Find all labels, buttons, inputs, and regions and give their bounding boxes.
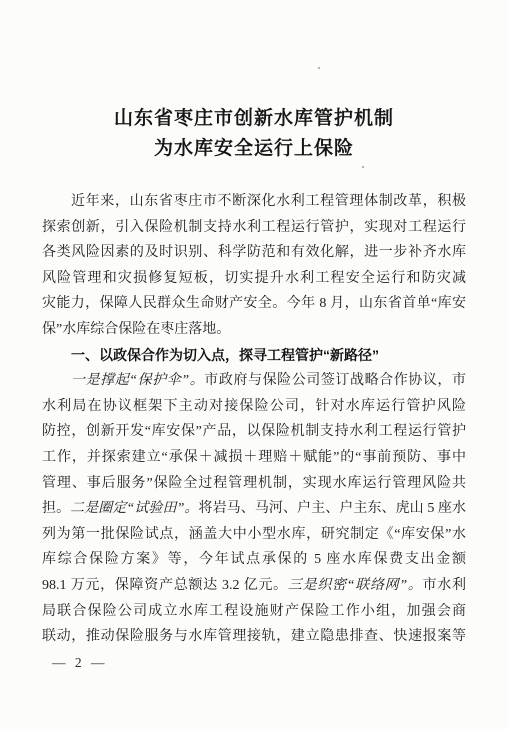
text-line: 库综合保险方案》等，今年试点承保的 5 座水库保费支出金额	[42, 547, 466, 573]
text-line: 各类风险因素的及时识别、科学防范和有效化解，进一步补齐水库	[42, 240, 466, 266]
text-line: 联动，推动保险服务与水库管理接轨，建立隐患排查、快速报案等	[42, 624, 466, 650]
text-line: 灾能力，保障人民群众生命财产安全。今年 8 月，山东省首单“库安	[42, 291, 466, 317]
title-line-1: 山东省枣庄市创新水库管护机制	[0, 104, 508, 134]
text-line: 保”水库综合保险在枣庄落地。	[42, 317, 466, 343]
scan-speck	[318, 67, 320, 69]
section-heading: 一、以政保合作为切入点，探寻工程管护“新路径”	[42, 343, 466, 369]
text-line: 探索创新，引入保险机制支持水利工程运行管护，实现对工程运行	[42, 215, 466, 241]
text-line: 98.1 万元，保障资产总额达 3.2 亿元。三是织密“联络网”。市水利	[42, 573, 466, 599]
emphasis-phrase: 二是圈定“试验田”。	[70, 501, 198, 516]
body-text: 近年来，山东省枣庄市不断深化水利工程管理体制改革，积极探索创新，引入保险机制支持…	[42, 189, 466, 650]
text-line: 防控，创新开发“库安保”产品，以保险机制支持水利工程运行管护	[42, 419, 466, 445]
emphasis-phrase: 三是织密“联络网”。	[288, 578, 423, 593]
emphasis-phrase: 一是撑起“保护伞”。	[71, 373, 204, 388]
text-line: 一是撑起“保护伞”。市政府与保险公司签订战略合作协议，市	[42, 368, 466, 394]
text-line: 水利局在协议框架下主动对接保险公司，针对水库运行管护风险	[42, 394, 466, 420]
text-line: 局联合保险公司成立水库工程设施财产保险工作小组，加强会商	[42, 599, 466, 625]
text-line: 列为第一批保险试点，涵盖大中小型水库，研究制定《“库安保”水	[42, 522, 466, 548]
title-line-2: 为水库安全运行上保险	[0, 134, 508, 164]
scan-speck	[362, 166, 364, 168]
text-line: 工作，并探索建立“承保＋减损＋理赔＋赋能”的“事前预防、事中	[42, 445, 466, 471]
document-page: 山东省枣庄市创新水库管护机制 为水库安全运行上保险 近年来，山东省枣庄市不断深化…	[0, 0, 508, 729]
text-line: 担。二是圈定“试验田”。将岩马、马河、户主、户主东、虎山 5 座水库	[42, 496, 466, 522]
text-line: 管理、事后服务”保险全过程管理机制，实现水库运行管理风险共	[42, 471, 466, 497]
text-line: 近年来，山东省枣庄市不断深化水利工程管理体制改革，积极	[42, 189, 466, 215]
text-line: 风险管理和灾损修复短板，切实提升水利工程安全运行和防灾减	[42, 266, 466, 292]
page-number: — 2 —	[52, 655, 108, 671]
document-title: 山东省枣庄市创新水库管护机制 为水库安全运行上保险	[0, 104, 508, 164]
